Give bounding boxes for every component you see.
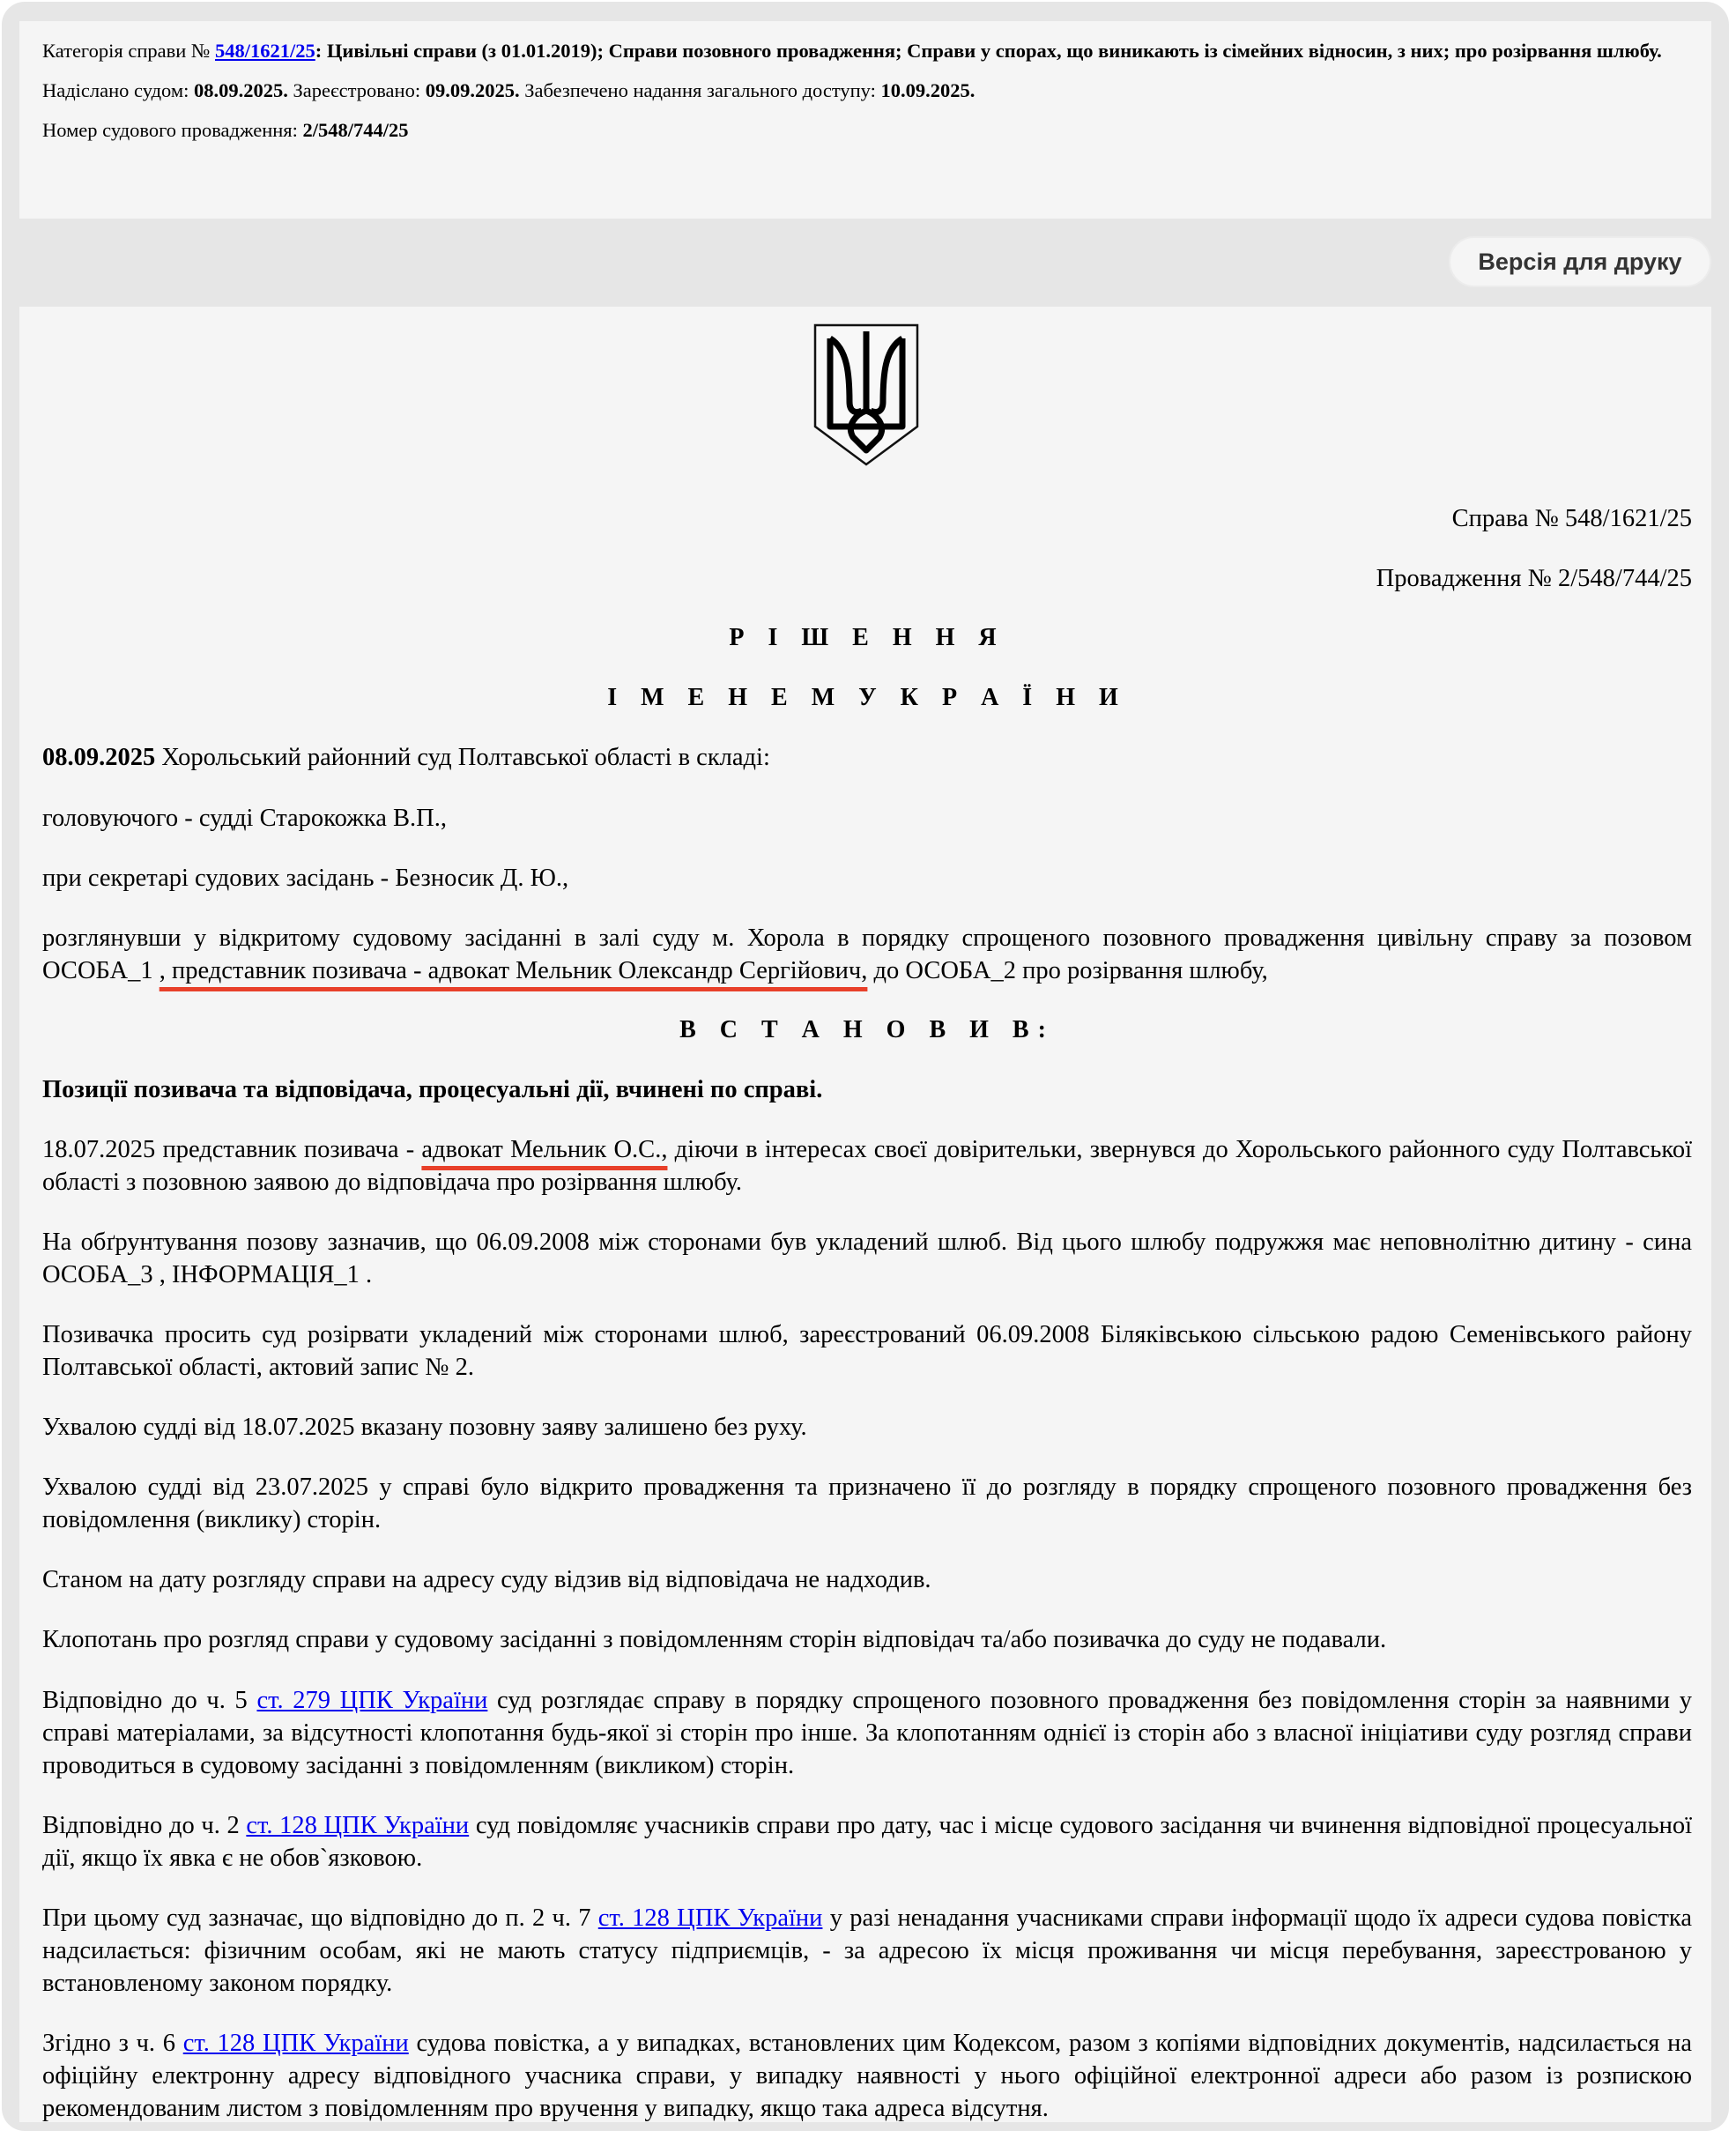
proceeding-value: 2/548/744/25 <box>303 119 409 141</box>
paragraph-6: Станом на дату розгляду справи на адресу… <box>42 1563 1692 1596</box>
considered-paragraph: розглянувши у відкритому судовому засіда… <box>42 922 1692 987</box>
section-heading: Позиції позивача та відповідача, процесу… <box>42 1073 1692 1106</box>
decision-date: 08.09.2025 <box>42 744 155 771</box>
proceeding-label: Номер судового провадження: <box>42 119 303 141</box>
court-name: Хорольський районний суд Полтавської обл… <box>155 744 770 771</box>
decision-document: Справа № 548/1621/25 Провадження № 2/548… <box>19 307 1711 2122</box>
text-fragment: Відповідно до ч. 5 <box>42 1687 256 1714</box>
text-fragment: При цьому суд зазначає, що відповідно до… <box>42 1904 598 1932</box>
category-text: : Цивільні справи (з 01.01.2019); Справи… <box>315 40 1662 62</box>
paragraph-4: Ухвалою судді від 18.07.2025 вказану поз… <box>42 1411 1692 1444</box>
court-composition: 08.09.2025 Хорольський районний суд Полт… <box>42 741 1692 774</box>
paragraph-7: Клопотань про розгляд справи у судовому … <box>42 1623 1692 1656</box>
paragraph-8: Відповідно до ч. 5 ст. 279 ЦПК України с… <box>42 1684 1692 1782</box>
paragraph-11: Згідно з ч. 6 ст. 128 ЦПК України судова… <box>42 2027 1692 2122</box>
case-meta-panel: Категорія справи № 548/1621/25: Цивільні… <box>19 21 1711 219</box>
case-number-link[interactable]: 548/1621/25 <box>215 40 315 62</box>
paragraph-9: Відповідно до ч. 2 ст. 128 ЦПК України с… <box>42 1809 1692 1874</box>
established-heading: В С Т А Н О В И В: <box>42 1013 1692 1046</box>
sent-date: 08.09.2025. <box>194 79 288 101</box>
law-link-art-128[interactable]: ст. 128 ЦПК України <box>183 2030 409 2057</box>
case-dates: Надіслано судом: 08.09.2025. Зареєстрова… <box>42 77 1688 104</box>
highlighted-advocate: адвокат Мельник О.С., <box>421 1136 667 1163</box>
category-label: Категорія справи № <box>42 40 215 62</box>
judge-line: головуючого - судді Старокожка В.П., <box>42 802 1692 835</box>
law-link-art-279[interactable]: ст. 279 ЦПК України <box>256 1687 487 1714</box>
decision-title: Р І Ш Е Н Н Я <box>42 621 1692 654</box>
text-fragment: до ОСОБА_2 про розірвання шлюбу, <box>867 957 1267 984</box>
paragraph-5: Ухвалою судді від 23.07.2025 у справі бу… <box>42 1471 1692 1536</box>
doc-case-number: Справа № 548/1621/25 <box>42 502 1692 535</box>
page-frame: Категорія справи № 548/1621/25: Цивільні… <box>2 2 1729 2131</box>
doc-proceeding-number: Провадження № 2/548/744/25 <box>42 562 1692 595</box>
secretary-line: при секретарі судових засідань - Безноси… <box>42 862 1692 895</box>
paragraph-1: 18.07.2025 представник позивача - адвока… <box>42 1133 1692 1199</box>
text-fragment: Відповідно до ч. 2 <box>42 1812 246 1839</box>
registered-date: 09.09.2025. <box>426 79 520 101</box>
print-version-button[interactable]: Версія для друку <box>1449 236 1711 287</box>
paragraph-2: На обґрунтування позову зазначив, що 06.… <box>42 1226 1692 1291</box>
paragraph-3: Позивачка просить суд розірвати укладени… <box>42 1318 1692 1384</box>
law-link-art-128[interactable]: ст. 128 ЦПК України <box>598 1904 823 1932</box>
public-access-date: 10.09.2025. <box>880 79 975 101</box>
law-link-art-128[interactable]: ст. 128 ЦПК України <box>246 1812 469 1839</box>
decision-subtitle: І М Е Н Е М У К Р А Ї Н И <box>42 681 1692 714</box>
text-fragment: 18.07.2025 представник позивача - <box>42 1136 421 1163</box>
highlighted-representative: , представник позивача - адвокат Мельник… <box>160 957 868 984</box>
text-fragment: Згідно з ч. 6 <box>42 2030 183 2057</box>
paragraph-10: При цьому суд зазначає, що відповідно до… <box>42 1902 1692 2000</box>
public-access-label: Забезпечено надання загального доступу: <box>520 79 881 101</box>
registered-label: Зареєстровано: <box>288 79 426 101</box>
proceeding-number: Номер судового провадження: 2/548/744/25 <box>42 116 1688 144</box>
sent-label: Надіслано судом: <box>42 79 194 101</box>
coat-of-arms-icon <box>812 323 920 467</box>
case-category: Категорія справи № 548/1621/25: Цивільні… <box>42 37 1688 64</box>
